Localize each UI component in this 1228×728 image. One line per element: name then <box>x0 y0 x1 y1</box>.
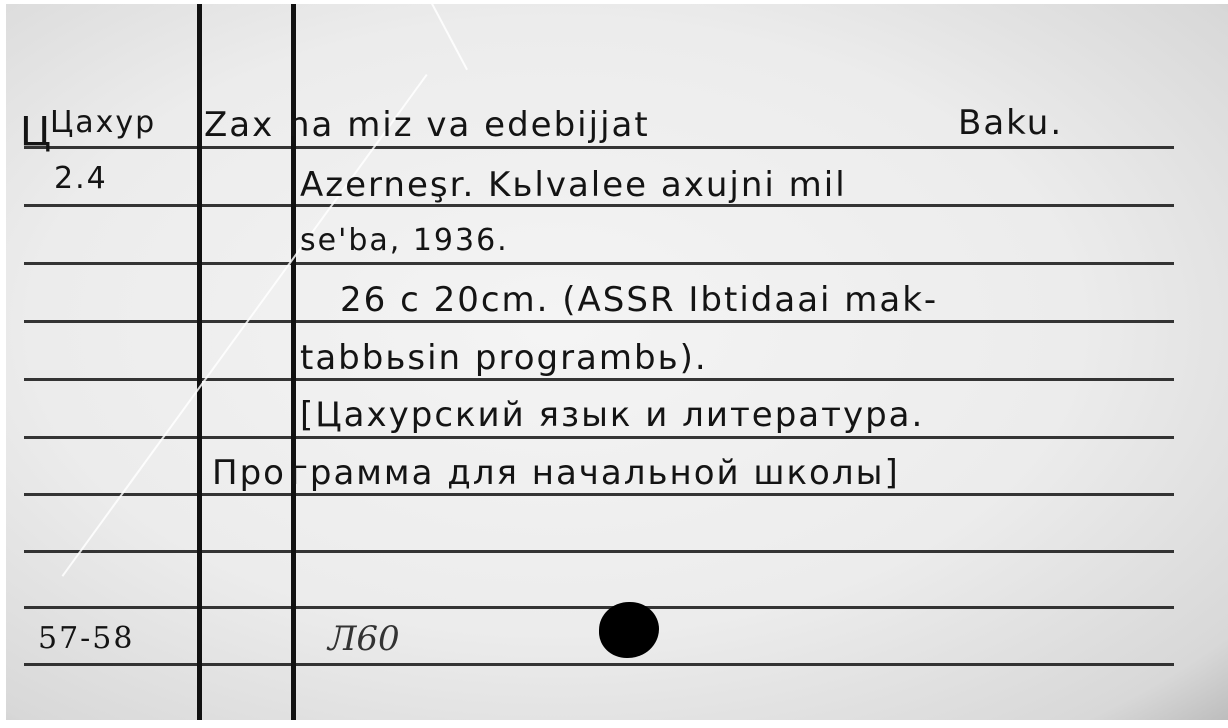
classification: 2.4 <box>54 164 108 194</box>
author-heading: Цахур <box>50 108 156 138</box>
punch-hole-icon <box>599 602 659 658</box>
place-of-publication: Baku. <box>958 106 1063 140</box>
collation-line: 26 c 20cm. (ASSR Ibtidaai mak- <box>340 283 938 317</box>
title-prefix: Zax <box>204 108 274 142</box>
catalog-card: Ц Цахур 2.4 57-58 Zax na miz va edebijja… <box>0 0 1228 728</box>
russian-title-line-2: грамма для начальной школы] <box>290 456 900 490</box>
publisher-line: Azerneşr. Kьlvalee axujni mil <box>300 168 847 202</box>
crease <box>431 3 468 70</box>
year-line: se'ba, 1936. <box>300 226 509 256</box>
russian-title-prefix: Про <box>212 456 286 490</box>
crease <box>62 74 428 577</box>
title-text: na miz va edebijjat <box>288 108 650 142</box>
shelf-number: 57-58 <box>38 624 134 654</box>
russian-title-line-1: [Цахурский язык и литература. <box>300 398 924 432</box>
pencil-note: Л60 <box>328 622 400 656</box>
margin-line-left <box>197 4 202 720</box>
card-paper: Ц Цахур 2.4 57-58 Zax na miz va edebijja… <box>6 4 1228 720</box>
series-line: tabbьsin programbь). <box>300 341 708 375</box>
call-number: Ц <box>20 112 53 152</box>
